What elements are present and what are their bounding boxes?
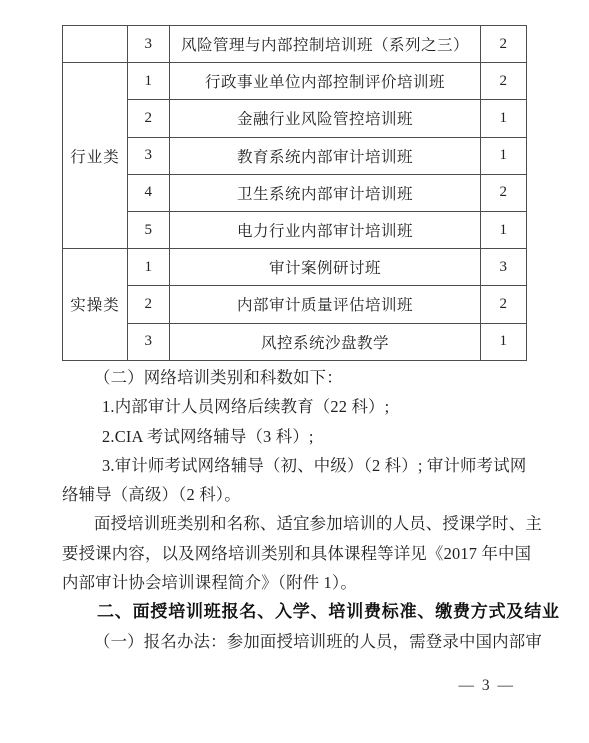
table-row: 3 风控系统沙盘教学 1 [63,323,527,360]
table-row: 4 卫生系统内部审计培训班 2 [63,174,527,211]
seq-cell: 3 [128,137,170,174]
text-line: 3.审计师考试网络辅导（初、中级）（2 科）; 审计师考试网 [62,451,532,480]
page-number: — 3 — [459,677,516,695]
course-name-cell: 行政事业单位内部控制评价培训班 [170,63,481,100]
sessions-cell: 1 [481,137,527,174]
text-line: （一）报名办法：参加面授培训班的人员，需登录中国内部审 [62,627,532,656]
sessions-cell: 2 [481,26,527,63]
course-name-cell: 教育系统内部审计培训班 [170,137,481,174]
course-name-cell: 卫生系统内部审计培训班 [170,174,481,211]
document-page: 3 风险管理与内部控制培训班（系列之三） 2 行业类 1 行政事业单位内部控制评… [0,0,589,743]
body-text: （二）网络培训类别和科数如下： 1.内部审计人员网络后续教育（22 科）; 2.… [62,363,532,656]
text-line: 2.CIA 考试网络辅导（3 科）; [62,422,532,451]
table-row: 行业类 1 行政事业单位内部控制评价培训班 2 [63,63,527,100]
table-row: 2 内部审计质量评估培训班 2 [63,286,527,323]
table-row: 实操类 1 审计案例研讨班 3 [63,249,527,286]
text-line: 1.内部审计人员网络后续教育（22 科）; [62,392,532,421]
seq-cell: 1 [128,63,170,100]
course-name-cell: 金融行业风险管控培训班 [170,100,481,137]
seq-cell: 2 [128,286,170,323]
sessions-cell: 1 [481,100,527,137]
seq-cell: 2 [128,100,170,137]
sessions-cell: 2 [481,174,527,211]
course-name-cell: 审计案例研讨班 [170,249,481,286]
sessions-cell: 3 [481,249,527,286]
seq-cell: 3 [128,26,170,63]
seq-cell: 3 [128,323,170,360]
text-line: 要授课内容，以及网络培训类别和具体课程等详见《2017 年中国 [62,539,532,568]
sessions-cell: 2 [481,286,527,323]
table-row: 2 金融行业风险管控培训班 1 [63,100,527,137]
course-name-cell: 电力行业内部审计培训班 [170,211,481,248]
text-line: （二）网络培训类别和科数如下： [62,363,532,392]
text-line: 络辅导（高级）（2 科）。 [62,480,532,509]
category-cell: 行业类 [63,63,128,249]
category-cell [63,26,128,63]
table-row: 5 电力行业内部审计培训班 1 [63,211,527,248]
text-line: 内部审计协会培训课程简介》（附件 1）。 [62,568,532,597]
sessions-cell: 1 [481,323,527,360]
table-row: 3 风险管理与内部控制培训班（系列之三） 2 [63,26,527,63]
training-course-table: 3 风险管理与内部控制培训班（系列之三） 2 行业类 1 行政事业单位内部控制评… [62,25,527,361]
text-line: 面授培训班类别和名称、适宜参加培训的人员、授课学时、主 [62,509,532,538]
course-name-cell: 风控系统沙盘教学 [170,323,481,360]
seq-cell: 5 [128,211,170,248]
course-name-cell: 风险管理与内部控制培训班（系列之三） [170,26,481,63]
sessions-cell: 2 [481,63,527,100]
category-cell: 实操类 [63,249,128,361]
section-heading: 二、面授培训班报名、入学、培训费标准、缴费方式及结业 [62,597,532,626]
seq-cell: 4 [128,174,170,211]
seq-cell: 1 [128,249,170,286]
course-name-cell: 内部审计质量评估培训班 [170,286,481,323]
table-row: 3 教育系统内部审计培训班 1 [63,137,527,174]
sessions-cell: 1 [481,211,527,248]
